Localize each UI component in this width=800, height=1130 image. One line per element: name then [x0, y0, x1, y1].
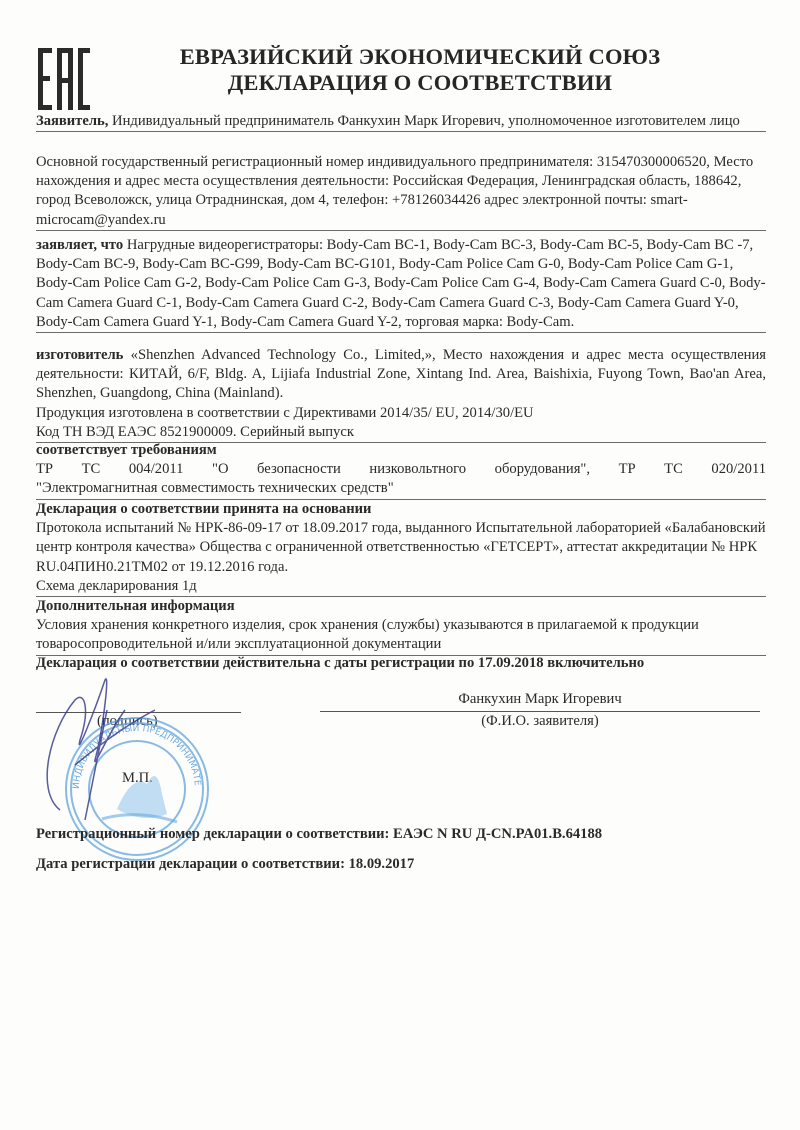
basis-label: Декларация о соответствии принята на осн… [36, 500, 766, 519]
handwritten-signature-icon [15, 670, 155, 820]
directives-text: Продукция изготовлена в соответствии с Д… [36, 404, 766, 423]
basis-text: Протокола испытаний № НРК-86-09-17 от 18… [36, 519, 766, 577]
title-union: ЕВРАЗИЙСКИЙ ЭКОНОМИЧЕСКИЙ СОЮЗ [160, 44, 680, 70]
registration-date: Дата регистрации декларации о соответств… [36, 855, 766, 874]
eac-mark-icon [38, 48, 90, 110]
requirements-label: соответствует требованиям [36, 441, 766, 460]
product-list: Нагрудные видеорегистраторы: Body-Cam BC… [36, 237, 766, 330]
applicant-section: Заявитель, Индивидуальный предпринимател… [36, 112, 766, 132]
registration-number: Регистрационный номер декларации о соотв… [36, 825, 766, 844]
basis-section: Декларация о соответствии принята на осн… [36, 500, 766, 597]
manufacturer-label: изготовитель [36, 347, 123, 363]
registration-info: Основной государственный регистрационный… [36, 153, 766, 231]
additional-info-text: Условия хранения конкретного изделия, ср… [36, 616, 766, 654]
additional-info-label: Дополнительная информация [36, 597, 766, 616]
name-line [320, 711, 760, 712]
requirements-section: соответствует требованиям ТР ТС 004/2011… [36, 441, 766, 500]
document-title: ЕВРАЗИЙСКИЙ ЭКОНОМИЧЕСКИЙ СОЮЗ ДЕКЛАРАЦИ… [160, 44, 680, 96]
scheme-text: Схема декларирования 1д [36, 577, 766, 596]
requirements-line1: ТР ТС 004/2011 "О безопасности низковоль… [36, 460, 766, 479]
name-caption: (Ф.И.О. заявителя) [320, 713, 760, 730]
applicant-text: Индивидуальный предприниматель Фанкухин … [108, 113, 739, 129]
manufacturer-text: «Shenzhen Advanced Technology Co., Limit… [36, 347, 766, 401]
title-declaration: ДЕКЛАРАЦИЯ О СООТВЕТСТВИИ [160, 70, 680, 96]
registration-info-text: Основной государственный регистрационный… [36, 154, 753, 228]
requirements-line2: "Электромагнитная совместимость техничес… [36, 479, 766, 498]
applicant-name: Фанкухин Марк Игоревич [320, 691, 760, 708]
applicant-label: Заявитель, [36, 113, 108, 129]
hs-code-text: Код ТН ВЭД ЕАЭС 8521900009. Серийный вып… [36, 423, 766, 442]
declares-label: заявляет, что [36, 237, 123, 253]
additional-info-section: Дополнительная информация Условия хранен… [36, 597, 766, 656]
declares-section: заявляет, что Нагрудные видеорегистратор… [36, 236, 766, 333]
manufacturer-section: изготовитель «Shenzhen Advanced Technolo… [36, 346, 766, 443]
